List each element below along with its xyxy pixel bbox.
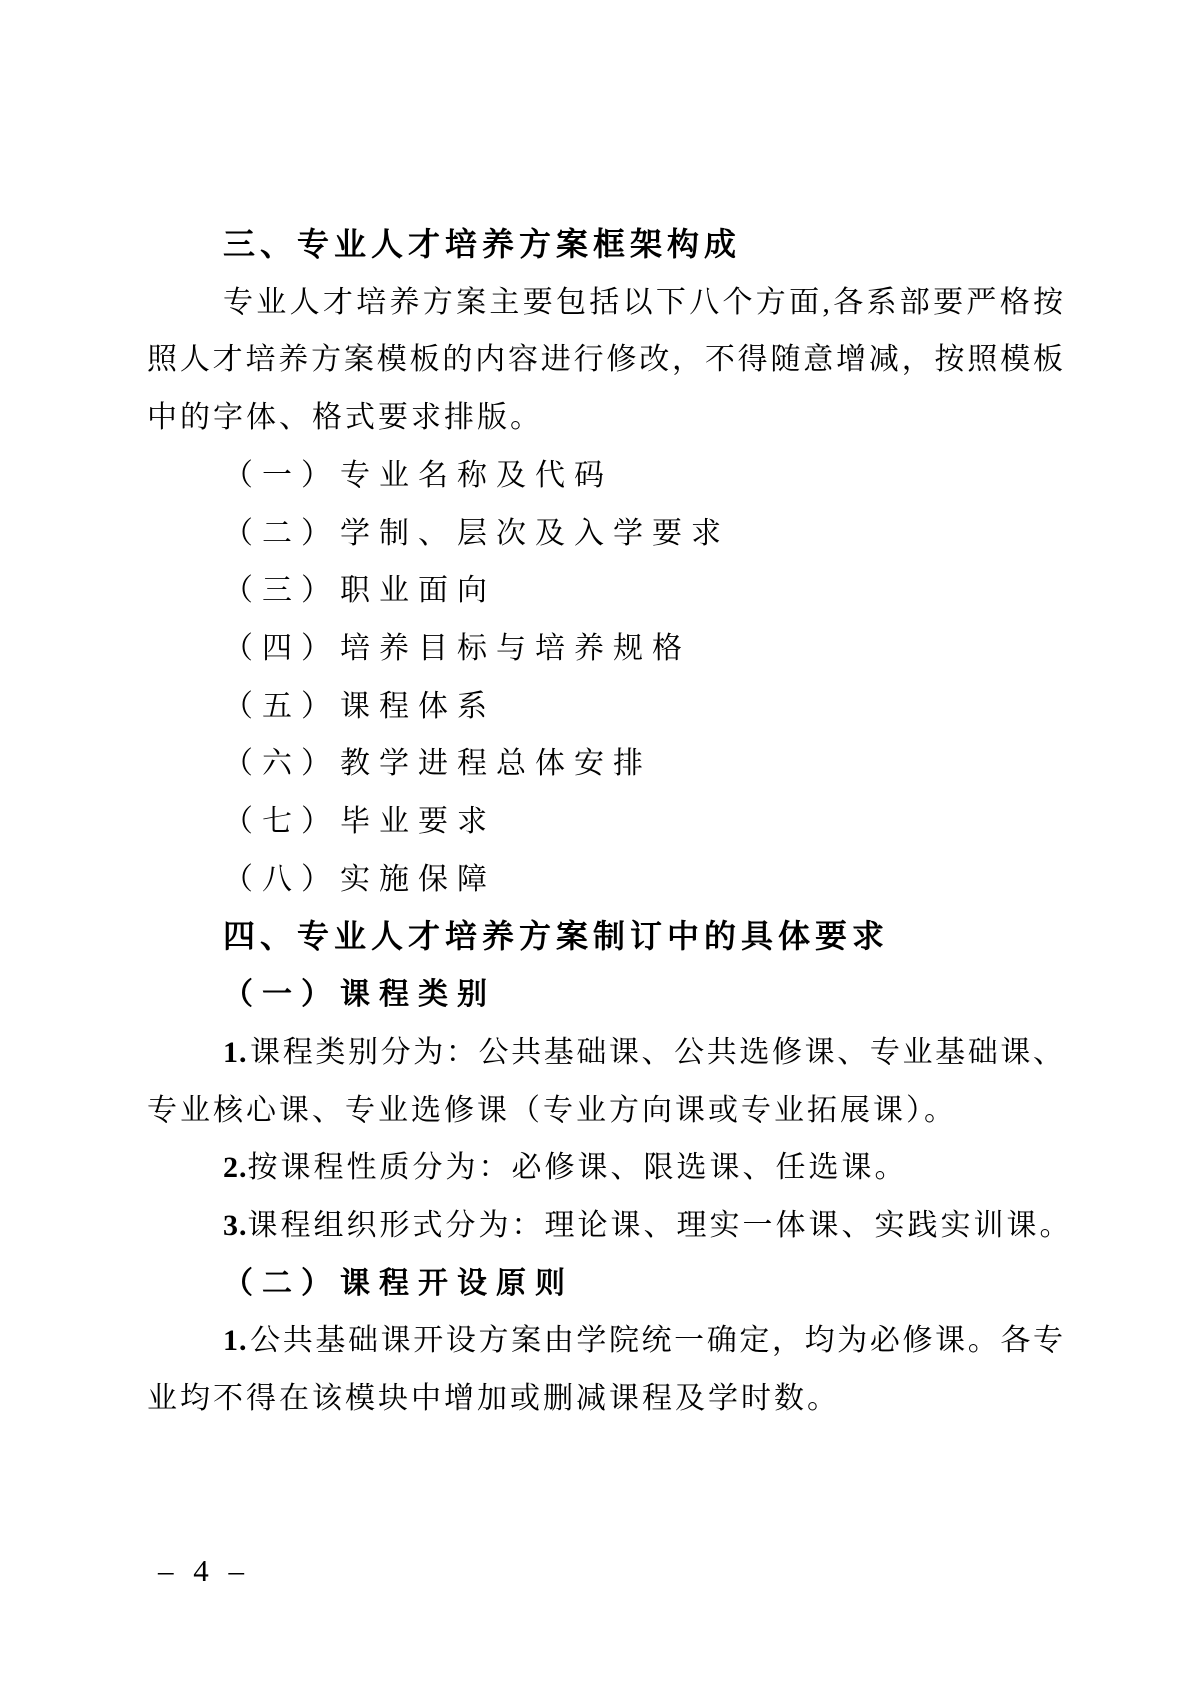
- section-3-intro-line-3: 中的字体、格式要求排版。: [147, 389, 1063, 447]
- numbered-para-3-number: 3.: [223, 1209, 248, 1242]
- page-number: – 4 –: [158, 1553, 250, 1589]
- framework-item-1: （一）专业名称及代码: [147, 447, 1063, 505]
- framework-item-8: （八）实施保障: [147, 851, 1063, 909]
- numbered-para-4-text: 公共基础课开设方案由学院统一确定，均为必修课。各专: [248, 1324, 1064, 1357]
- framework-item-6: （六）教学进程总体安排: [147, 735, 1063, 793]
- section-3-intro-line-1: 专业人才培养方案主要包括以下八个方面,各系部要严格按: [147, 274, 1063, 332]
- numbered-para-1-text: 课程类别分为：公共基础课、公共选修课、专业基础课、: [248, 1036, 1064, 1069]
- subsection-course-principles-heading: （二）课程开设原则: [147, 1255, 1063, 1313]
- framework-item-5: （五）课程体系: [147, 678, 1063, 736]
- section-3-heading: 三、专业人才培养方案框架构成: [147, 216, 1063, 274]
- numbered-para-3: 3.课程组织形式分为：理论课、理实一体课、实践实训课。: [147, 1197, 1063, 1255]
- framework-item-4: （四）培养目标与培养规格: [147, 620, 1063, 678]
- numbered-para-4-line-2: 业均不得在该模块中增加或删减课程及学时数。: [147, 1370, 1063, 1428]
- numbered-para-2: 2.按课程性质分为：必修课、限选课、任选课。: [147, 1139, 1063, 1197]
- framework-item-2: （二）学制、层次及入学要求: [147, 505, 1063, 563]
- section-4-heading: 四、专业人才培养方案制订中的具体要求: [147, 908, 1063, 966]
- numbered-para-4-number: 1.: [223, 1324, 248, 1357]
- numbered-para-1-line-2: 专业核心课、专业选修课（专业方向课或专业拓展课）。: [147, 1082, 1063, 1140]
- framework-item-7: （七）毕业要求: [147, 793, 1063, 851]
- numbered-para-2-text: 按课程性质分为：必修课、限选课、任选课。: [248, 1151, 908, 1184]
- numbered-para-1-line-1: 1.课程类别分为：公共基础课、公共选修课、专业基础课、: [147, 1024, 1063, 1082]
- numbered-para-3-text: 课程组织形式分为：理论课、理实一体课、实践实训课。: [248, 1209, 1073, 1242]
- numbered-para-4-line-1: 1.公共基础课开设方案由学院统一确定，均为必修课。各专: [147, 1312, 1063, 1370]
- numbered-para-2-number: 2.: [223, 1151, 248, 1184]
- subsection-course-categories-heading: （一）课程类别: [147, 966, 1063, 1024]
- section-3-intro-line-2: 照人才培养方案模板的内容进行修改，不得随意增减，按照模板: [147, 331, 1063, 389]
- document-page: 三、专业人才培养方案框架构成 专业人才培养方案主要包括以下八个方面,各系部要严格…: [0, 0, 1190, 1683]
- framework-item-3: （三）职业面向: [147, 562, 1063, 620]
- numbered-para-1-number: 1.: [223, 1036, 248, 1069]
- document-body: 三、专业人才培养方案框架构成 专业人才培养方案主要包括以下八个方面,各系部要严格…: [147, 216, 1063, 1428]
